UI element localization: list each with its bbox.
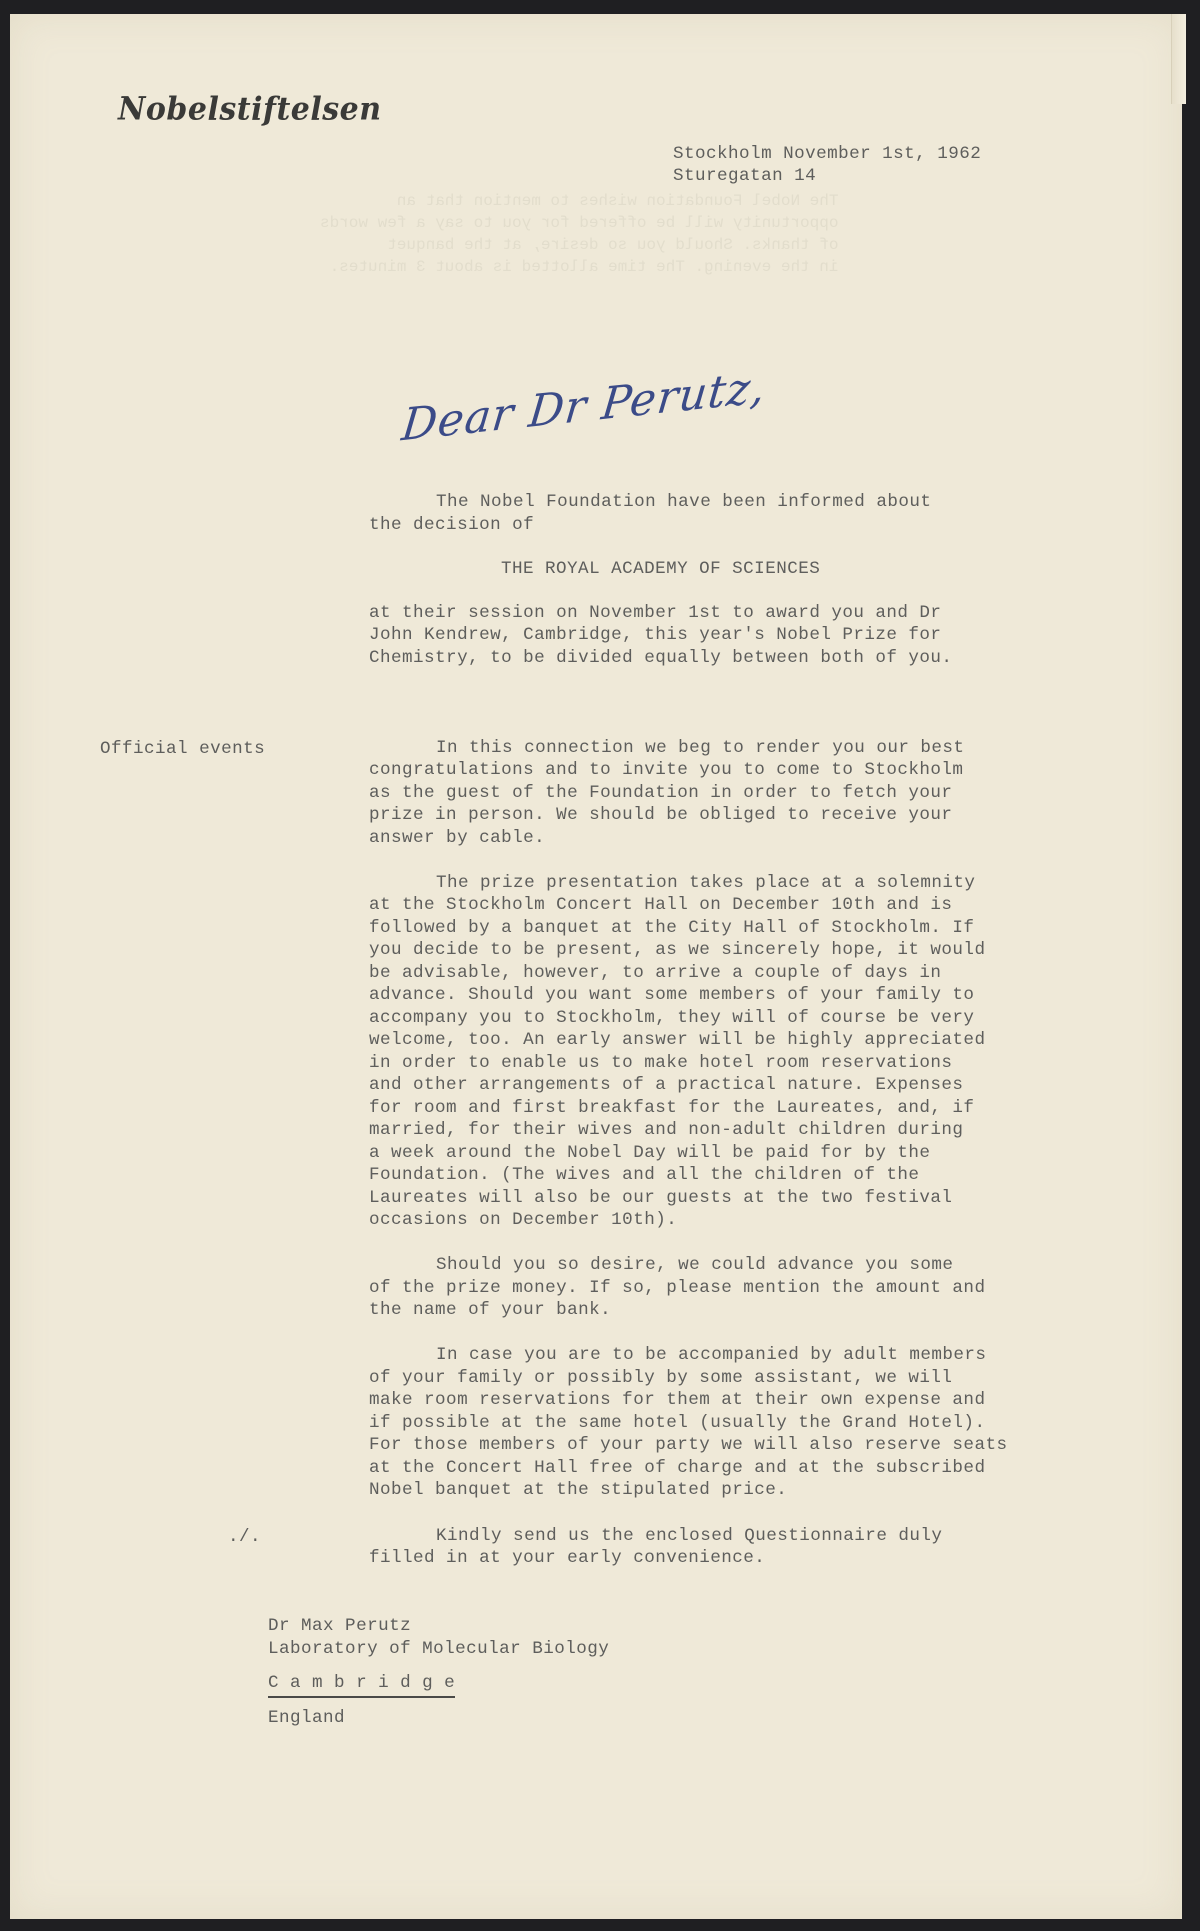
paragraph-line: occasions on December 10th). (369, 1209, 677, 1231)
paragraph-line: advance. Should you want some members of… (369, 984, 974, 1006)
paragraph-line: filled in at your early convenience. (369, 1547, 765, 1569)
paragraph-line: Laureates will also be our guests at the… (369, 1187, 952, 1209)
paragraph-line: of the prize money. If so, please mentio… (369, 1277, 985, 1299)
paragraph-line: Should you so desire, we could advance y… (436, 1254, 953, 1276)
paragraph-line: at the Concert Hall free of charge and a… (369, 1457, 985, 1479)
paragraph-line: at the Stockholm Concert Hall on Decembe… (369, 894, 952, 916)
paragraph-line: In this connection we beg to render you … (436, 737, 964, 759)
intro-line-2: the decision of (369, 514, 534, 536)
paragraph-line: for room and first breakfast for the Lau… (369, 1097, 974, 1119)
intro-line-1: The Nobel Foundation have been informed … (436, 491, 931, 513)
paragraph-line: Kindly send us the enclosed Questionnair… (436, 1525, 942, 1547)
paragraph-line: of your family or possibly by some assis… (369, 1367, 952, 1389)
paragraph-line: welcome, too. An early answer will be hi… (369, 1029, 985, 1051)
paragraph-line: a week around the Nobel Day will be paid… (369, 1142, 930, 1164)
margin-note-official-events: Official events (100, 739, 265, 759)
enclosure-mark: ./. (228, 1527, 261, 1547)
paragraph-line: as the guest of the Foundation in order … (369, 782, 952, 804)
paragraph-line: followed by a banquet at the City Hall o… (369, 917, 974, 939)
dateline-address: Sturegatan 14 (673, 165, 816, 187)
decision-line: Chemistry, to be divided equally between… (369, 647, 952, 669)
recipient-name: Dr Max Perutz (268, 1615, 411, 1637)
recipient-institution: Laboratory of Molecular Biology (268, 1638, 609, 1660)
paragraph-line: Foundation. (The wives and all the child… (369, 1164, 919, 1186)
academy-heading: THE ROYAL ACADEMY OF SCIENCES (501, 558, 820, 580)
paragraph-line: be advisable, however, to arrive a coupl… (369, 962, 941, 984)
decision-line: John Kendrew, Cambridge, this year's Nob… (369, 624, 941, 646)
paragraph-line: make room reservations for them at their… (369, 1389, 985, 1411)
dateline-place-date: Stockholm November 1st, 1962 (673, 143, 981, 165)
paragraph-line: congratulations and to invite you to com… (369, 759, 963, 781)
paragraph-line: The prize presentation takes place at a … (436, 872, 975, 894)
recipient-city: C a m b r i d g e (268, 1672, 455, 1698)
paragraph-line: you decide to be present, as we sincerel… (369, 939, 985, 961)
decision-line: at their session on November 1st to awar… (369, 602, 941, 624)
paragraph-line: accompany you to Stockholm, they will of… (369, 1007, 974, 1029)
paragraph-line: answer by cable. (369, 827, 545, 849)
paragraph-line: if possible at the same hotel (usually t… (369, 1412, 985, 1434)
paragraph-line: in order to enable us to make hotel room… (369, 1052, 952, 1074)
recipient-country: England (268, 1707, 345, 1729)
paragraph-line: In case you are to be accompanied by adu… (436, 1344, 986, 1366)
paragraph-line: and other arrangements of a practical na… (369, 1074, 963, 1096)
paragraph-line: married, for their wives and non-adult c… (369, 1119, 963, 1141)
paragraph-line: For those members of your party we will … (369, 1434, 1007, 1456)
paragraph-line: Nobel banquet at the stipulated price. (369, 1479, 787, 1501)
paragraph-line: prize in person. We should be obliged to… (369, 804, 952, 826)
folded-corner (1171, 14, 1186, 104)
paragraph-line: the name of your bank. (369, 1299, 611, 1321)
letterhead-logo: Nobelstiftelsen (118, 91, 382, 128)
